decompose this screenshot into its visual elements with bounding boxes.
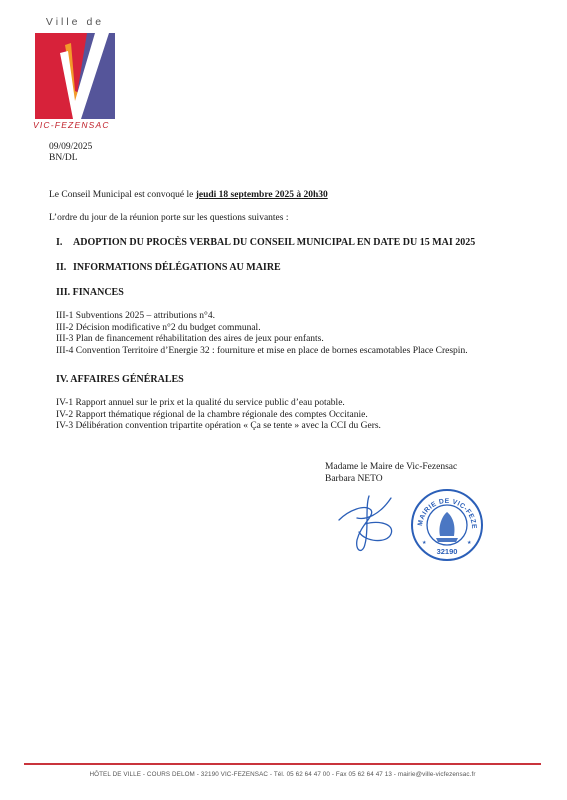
document-initials: BN/DL [49, 153, 92, 164]
convocation-line: Le Conseil Municipal est convoqué le jeu… [49, 190, 328, 202]
svg-text:★: ★ [422, 540, 427, 546]
list-item: IV-2 Rapport thématique régional de la c… [56, 410, 381, 422]
agenda-section-1: I.ADOPTION DU PROCÈS VERBAL DU CONSEIL M… [56, 237, 475, 248]
section-number: I. [56, 237, 73, 248]
svg-text:32190: 32190 [437, 547, 458, 556]
section-number: II. [56, 262, 73, 273]
handwritten-signature-icon [335, 490, 415, 558]
convocation-prefix: Le Conseil Municipal est convoqué le [49, 190, 196, 200]
reference-block: 09/09/2025 BN/DL [49, 142, 92, 164]
meeting-date: jeudi 18 septembre 2025 à 20h30 [196, 190, 328, 200]
list-item: IV-1 Rapport annuel sur le prix et la qu… [56, 398, 381, 410]
mairie-stamp-icon: MAIRIE DE VIC-FEZENSAC 32190 ★ ★ [410, 488, 484, 562]
logo-top-text: Ville de [33, 16, 117, 28]
signatory-role: Madame le Maire de Vic-Fezensac [325, 461, 457, 473]
section-title: ADOPTION DU PROCÈS VERBAL DU CONSEIL MUN… [73, 237, 475, 248]
document-date: 09/09/2025 [49, 142, 92, 153]
svg-text:★: ★ [467, 540, 472, 546]
list-item: III-2 Décision modificative n°2 du budge… [56, 323, 468, 335]
section-title: INFORMATIONS DÉLÉGATIONS AU MAIRE [73, 262, 281, 273]
logo-v-icon [35, 33, 115, 119]
list-item: III-4 Convention Territoire d’Energie 32… [56, 346, 468, 358]
list-item: III-3 Plan de financement réhabilitation… [56, 334, 468, 346]
footer-contact: HÔTEL DE VILLE - COURS DELOM - 32190 VIC… [24, 771, 541, 778]
list-item: IV-3 Délibération convention tripartite … [56, 421, 381, 433]
agenda-intro: L’ordre du jour de la réunion porte sur … [49, 213, 288, 225]
agenda-section-4-title: IV. AFFAIRES GÉNÉRALES [56, 374, 184, 385]
footer-divider [24, 763, 541, 765]
list-item: III-1 Subventions 2025 – attributions n°… [56, 311, 468, 323]
logo-bottom-text: Vic-Fezensac [33, 120, 123, 130]
official-stamp: MAIRIE DE VIC-FEZENSAC 32190 ★ ★ [410, 488, 484, 567]
agenda-section-3-list: III-1 Subventions 2025 – attributions n°… [56, 311, 468, 357]
agenda-section-2: II.INFORMATIONS DÉLÉGATIONS AU MAIRE [56, 262, 281, 273]
agenda-section-4-list: IV-1 Rapport annuel sur le prix et la qu… [56, 398, 381, 433]
agenda-section-3-title: III. FINANCES [56, 287, 124, 298]
city-logo: Ville de Vic-Fezensac [33, 16, 117, 136]
signature-block: Madame le Maire de Vic-Fezensac Barbara … [325, 461, 457, 485]
signatory-name: Barbara NETO [325, 473, 457, 485]
